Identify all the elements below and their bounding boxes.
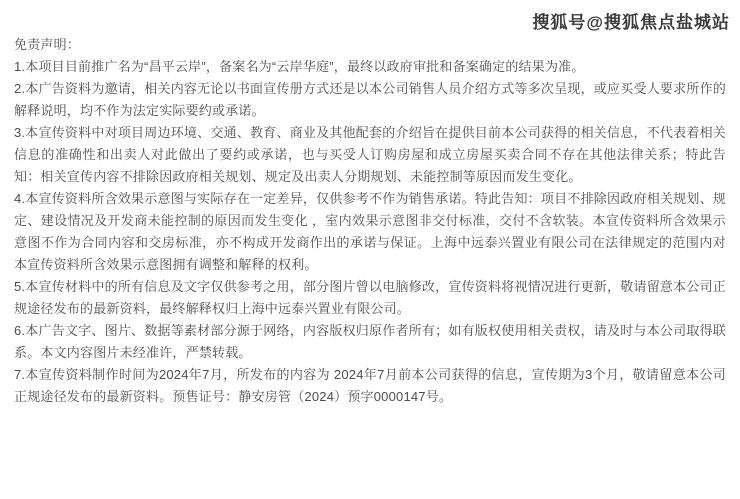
disclaimer-paragraph-1: 1.本项目目前推广名为“昌平云岸”，备案名为“云岸华庭”，最终以政府审批和备案确… xyxy=(14,56,726,78)
disclaimer-paragraph-6: 6.本广告文字、图片、数据等素材部分源于网络，内容版权归原作者所有；如有版权使用… xyxy=(14,320,726,364)
disclaimer-page: 搜狐号@搜狐焦点盐城站 免责声明： 1.本项目目前推广名为“昌平云岸”，备案名为… xyxy=(0,0,740,499)
disclaimer-paragraph-7: 7.本宣传资料制作时间为2024年7月，所发布的内容为 2024年7月前本公司获… xyxy=(14,364,726,408)
disclaimer-paragraph-3: 3.本宣传资料中对项目周边环境、交通、教育、商业及其他配套的介绍旨在提供目前本公… xyxy=(14,122,726,188)
disclaimer-paragraph-5: 5.本宣传材料中的所有信息及文字仅供参考之用，部分图片曾以电脑修改，宣传资料将视… xyxy=(14,276,726,320)
disclaimer-content: 免责声明： 1.本项目目前推广名为“昌平云岸”，备案名为“云岸华庭”，最终以政府… xyxy=(14,34,726,408)
sohu-watermark: 搜狐号@搜狐焦点盐城站 xyxy=(532,8,730,33)
disclaimer-title: 免责声明： xyxy=(14,34,726,56)
disclaimer-paragraph-4: 4.本宣传资料所含效果示意图与实际存在一定差异，仅供参考不作为销售承诺。特此告知… xyxy=(14,188,726,276)
disclaimer-paragraph-2: 2.本广告资料为邀请，相关内容无论以书面宣传册方式还是以本公司销售人员介绍方式等… xyxy=(14,78,726,122)
